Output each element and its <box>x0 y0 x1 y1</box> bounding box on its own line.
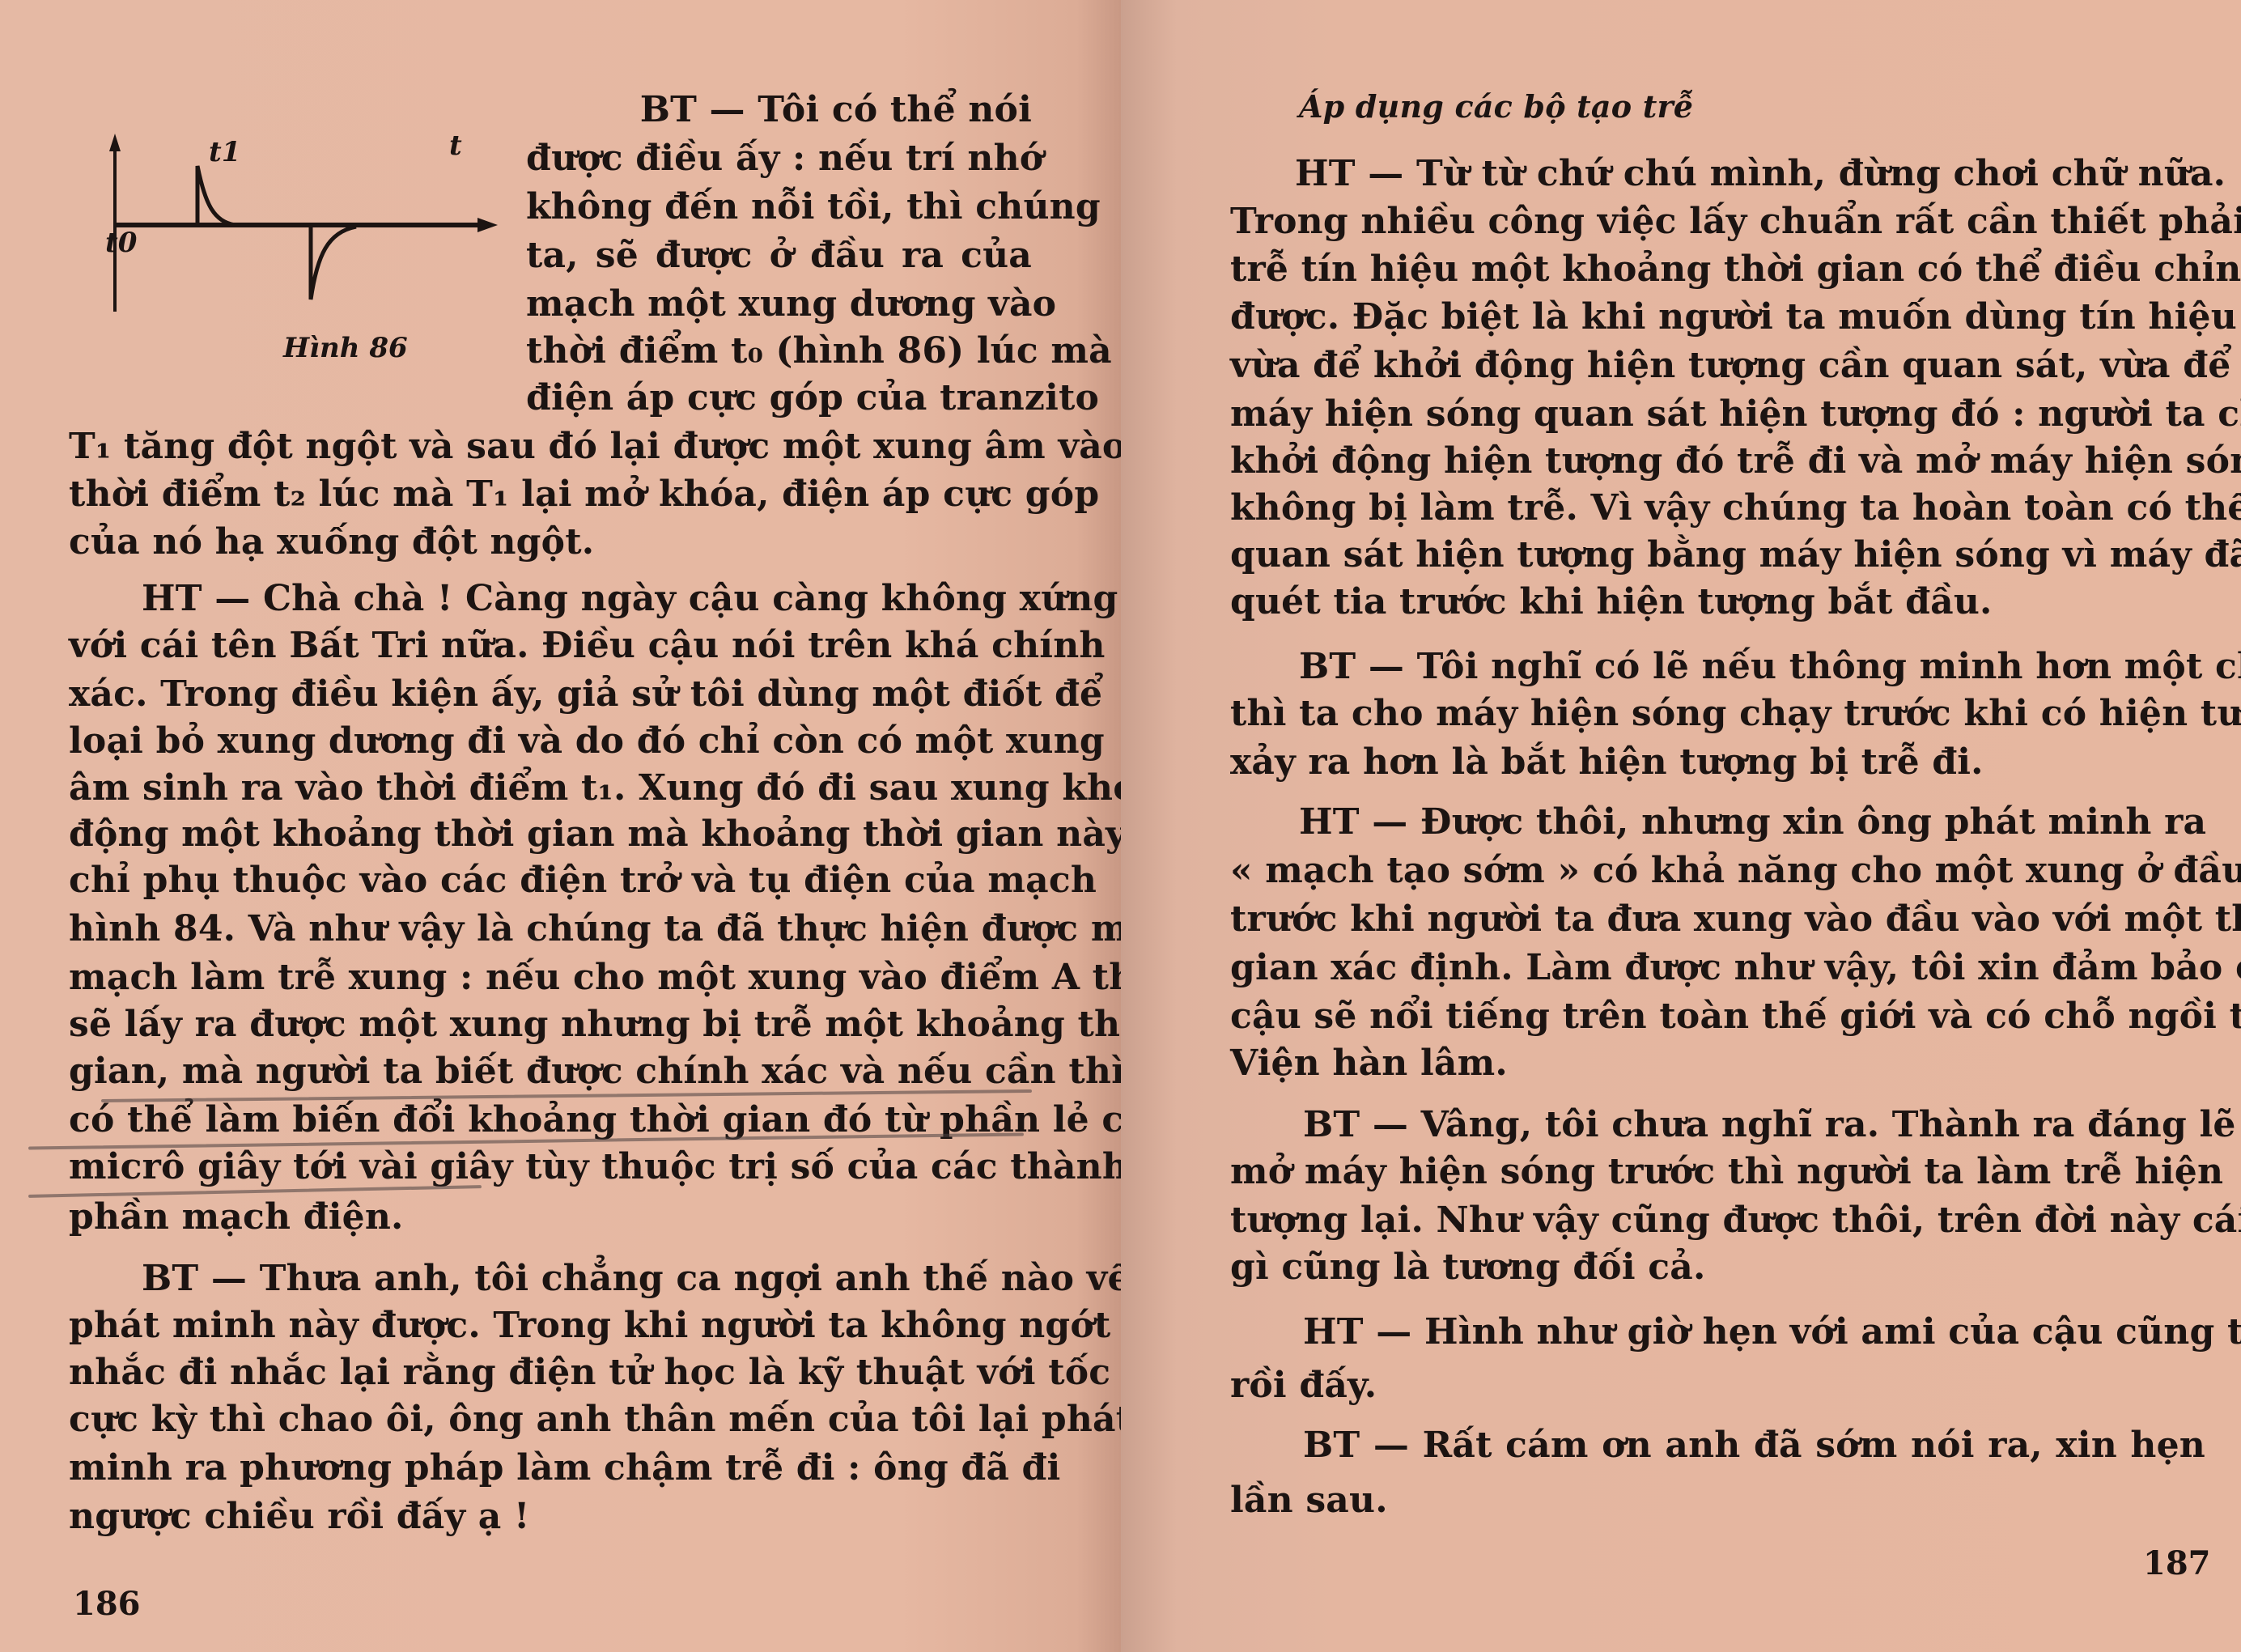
text-line: rồi đấy. <box>1230 1363 2205 1408</box>
pulse-diagram-figure <box>97 134 518 328</box>
label-t-axis: t <box>449 130 462 162</box>
label-t1: t1 <box>209 136 240 168</box>
text-line: thời điểm t₀ (hình 86) lúc mà <box>526 329 1032 374</box>
text-line: động một khoảng thời gian mà khoảng thời… <box>69 812 1032 857</box>
text-line: micrô giây tới vài giây tùy thuộc trị số… <box>69 1145 1032 1190</box>
text-line: mạch một xung dương vào <box>526 282 1032 327</box>
text-line: không đến nỗi tồi, thì chúng <box>526 185 1032 230</box>
text-line: minh ra phương pháp làm chậm trễ đi : ôn… <box>69 1446 1032 1491</box>
text-line: xác. Trong điều kiện ấy, giả sử tôi dùng… <box>69 672 1032 717</box>
text-line: cực kỳ thì chao ôi, ông anh thân mến của… <box>69 1397 1032 1442</box>
text-line: Trong nhiều công việc lấy chuẩn rất cần … <box>1230 199 2197 244</box>
text-line: HT — Hình như giờ hẹn với ami của cậu cũ… <box>1303 1310 2205 1355</box>
text-line: ta, sẽ được ở đầu ra của <box>526 233 1032 278</box>
text-line: của nó hạ xuống đột ngột. <box>69 520 1032 565</box>
text-line: vừa để khởi động hiện tượng cần quan sát… <box>1230 343 2197 389</box>
right-page-187: Áp dụng các bộ tạo trễ HT — Từ từ chứ ch… <box>1121 0 2241 1652</box>
text-line: gian xác định. Làm được như vậy, tôi xin… <box>1230 945 2201 991</box>
text-line: trước khi người ta đưa xung vào đầu vào … <box>1230 897 2201 942</box>
text-line: BT — Vâng, tôi chưa nghĩ ra. Thành ra đá… <box>1303 1102 2205 1148</box>
text-line: Viện hàn lâm. <box>1230 1041 2201 1086</box>
text-line: ngược chiều rồi đấy ạ ! <box>69 1494 1032 1539</box>
text-line: « mạch tạo sớm » có khả năng cho một xun… <box>1230 848 2201 894</box>
text-line: nhắc đi nhắc lại rằng điện tử học là kỹ … <box>69 1350 1032 1395</box>
left-page-186: t1 t t0 Hình 86 BT — Tôi có thể nói được… <box>0 0 1121 1652</box>
text-line: trễ tín hiệu một khoảng thời gian có thể… <box>1230 247 2197 292</box>
text-line: thời điểm t₂ lúc mà T₁ lại mở khóa, điện… <box>69 472 1032 517</box>
text-line: xảy ra hơn là bắt hiện tượng bị trễ đi. <box>1230 740 2201 785</box>
text-line: khởi động hiện tượng đó trễ đi và mở máy… <box>1230 439 2197 484</box>
text-line: BT — Tôi nghĩ có lẽ nếu thông minh hơn m… <box>1299 644 2201 690</box>
text-line: âm sinh ra vào thời điểm t₁. Xung đó đi … <box>69 766 1032 811</box>
text-line: gì cũng là tương đối cả. <box>1230 1245 2205 1290</box>
text-line: HT — Được thôi, nhưng xin ông phát minh … <box>1299 800 2201 845</box>
text-line: HT — Chà chà ! Càng ngày cậu càng không … <box>142 576 1032 622</box>
running-head: Áp dụng các bộ tạo trễ <box>1299 84 1693 130</box>
text-line: quan sát hiện tượng bằng máy hiện sóng v… <box>1230 533 2197 578</box>
text-line: tượng lại. Như vậy cũng được thôi, trên … <box>1230 1198 2205 1243</box>
text-line: thì ta cho máy hiện sóng chạy trước khi … <box>1230 691 2201 737</box>
text-line: phần mạch điện. <box>69 1195 1032 1240</box>
page-number: 186 <box>73 1585 141 1623</box>
text-line: mạch làm trễ xung : nếu cho một xung vào… <box>69 955 1032 1000</box>
text-line: được. Đặc biệt là khi người ta muốn dùng… <box>1230 295 2197 340</box>
text-line: hình 84. Và như vậy là chúng ta đã thực … <box>69 907 1032 952</box>
page-number: 187 <box>2143 1544 2211 1582</box>
text-line: BT — Thưa anh, tôi chẳng ca ngợi anh thế… <box>142 1256 1032 1302</box>
text-line: không bị làm trễ. Vì vậy chúng ta hoàn t… <box>1230 486 2197 531</box>
text-line: máy hiện sóng quan sát hiện tượng đó : n… <box>1230 392 2197 437</box>
figure-caption: Hình 86 <box>283 332 408 364</box>
text-line: BT — Rất cám ơn anh đã sớm nói ra, xin h… <box>1303 1423 2205 1468</box>
text-line: gian, mà người ta biết được chính xác và… <box>69 1049 1032 1094</box>
text-line: phát minh này được. Trong khi người ta k… <box>69 1303 1032 1348</box>
text-line: HT — Từ từ chứ chú mình, đừng chơi chữ n… <box>1295 151 2197 197</box>
text-line: mở máy hiện sóng trước thì người ta làm … <box>1230 1149 2205 1195</box>
text-line: chỉ phụ thuộc vào các điện trở và tụ điệ… <box>69 858 1032 903</box>
text-line: điện áp cực góp của tranzito <box>526 376 1032 421</box>
label-t0: t0 <box>105 227 137 259</box>
text-line: quét tia trước khi hiện tượng bắt đầu. <box>1230 580 2197 625</box>
text-line: được điều ấy : nếu trí nhớ <box>526 136 1032 181</box>
text-line: cậu sẽ nổi tiếng trên toàn thế giới và c… <box>1230 994 2201 1039</box>
text-line: lần sau. <box>1230 1478 2205 1523</box>
text-line: T₁ tăng đột ngột và sau đó lại được một … <box>69 424 1032 469</box>
text-line: loại bỏ xung dương đi và do đó chỉ còn c… <box>69 719 1032 764</box>
text-line: BT — Tôi có thể nói <box>599 87 1032 133</box>
text-line: sẽ lấy ra được một xung nhưng bị trễ một… <box>69 1002 1032 1047</box>
text-line: với cái tên Bất Tri nữa. Điều cậu nói tr… <box>69 623 1032 669</box>
